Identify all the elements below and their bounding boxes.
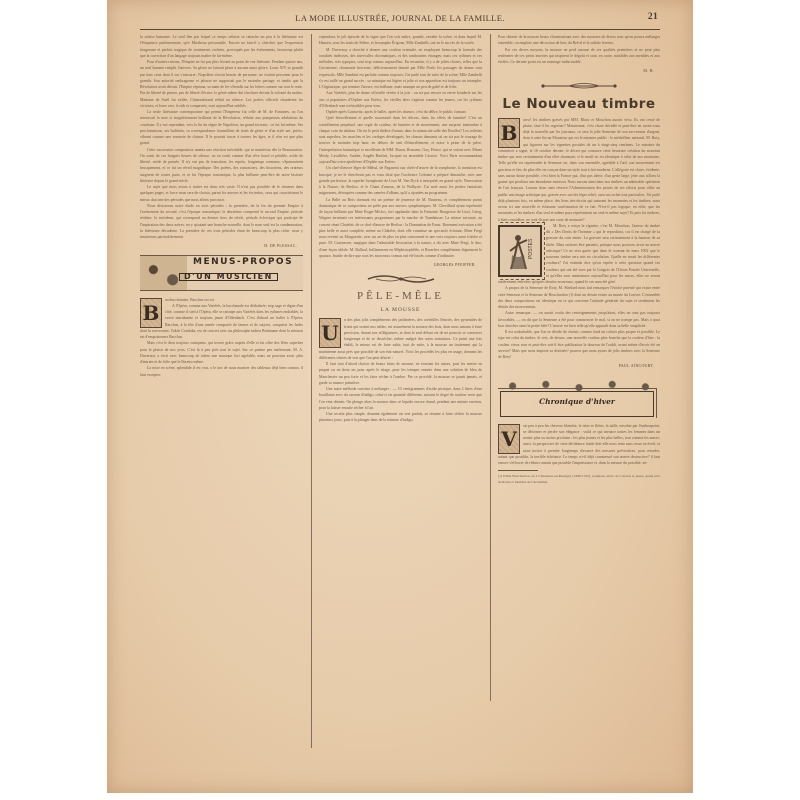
article-signature: H. DE PLESSAC.: [140, 243, 297, 249]
paragraph: Il est souhaitable, que l'on se décide d…: [498, 329, 660, 360]
literature-article: la sottise humaine. Le seul lien par leq…: [140, 34, 303, 250]
paragraph: Un chef-d'œuvre léger de Méhul, de Pagan…: [319, 165, 482, 196]
journal-title: LA MODE ILLUSTRÉE, JOURNAL DE LA FAMILLE…: [139, 13, 661, 23]
running-header: LA MODE ILLUSTRÉE, JOURNAL DE LA FAMILLE…: [139, 13, 661, 27]
header-rule: [140, 29, 660, 30]
dropcap-b: B: [498, 118, 520, 148]
ornament-divider-icon: [539, 81, 619, 91]
column-divider: [490, 34, 491, 701]
page-number: 21: [648, 12, 658, 22]
article-signature: GEORGES PFEIFFER.: [319, 262, 476, 268]
semeuse-stamp-image: POSTES: [498, 225, 542, 277]
svg-text:POSTES: POSTES: [528, 238, 534, 259]
column-3: Pour obtenir de la mousse bruns s'harmon…: [498, 34, 660, 694]
column-2: cependant, le joli épisode de la vigne q…: [319, 34, 482, 741]
article-signature: M. H.: [498, 68, 654, 74]
paragraph: Par ces divers moyens, la mousse ne perd…: [498, 47, 660, 66]
paragraph: Il faut tout d'abord choisir de beaux br…: [319, 361, 482, 386]
paragraph: Pour obtenir de la mousse bruns s'harmon…: [498, 34, 660, 47]
paragraph: M. Duvernoy a cherché à donner une coule…: [319, 47, 482, 91]
paragraph: cependant, le joli épisode de la vigne q…: [319, 34, 482, 47]
paragraph: n des plus jolis compléments des jardini…: [319, 317, 482, 361]
menus-propos-article: B acchus domine, Bacchus est roi. A l'Op…: [140, 297, 303, 378]
paragraph: Aux Variétés, plus de danse officielle s…: [319, 90, 482, 109]
nouveau-timbre-heading: Le Nouveau timbre: [498, 95, 660, 113]
newspaper-page: LA MODE ILLUSTRÉE, JOURNAL DE LA FAMILLE…: [107, 0, 693, 793]
paragraph: La seule littérature contemporaine qui p…: [140, 109, 303, 147]
menus-propos-banner: MENUS-PROPOS D'UN MUSICIEN: [140, 255, 303, 291]
paragraph: A propos de la Semeuse de Roty, M. Sthel…: [498, 285, 660, 310]
paragraph: Une recette plus simple, donnant égaleme…: [319, 411, 482, 424]
paragraph: A l'Opéra, comme aux Variétés, la baccha…: [140, 303, 303, 341]
dropcap-b: B: [140, 298, 162, 328]
column-divider: [311, 34, 312, 748]
paragraph: Pour d'autres raisons, l'Empire ne fut p…: [140, 59, 303, 109]
dropcap-v: V: [498, 424, 520, 454]
ornament-divider-icon: [366, 274, 436, 284]
paragraph: Mais c'est le dieu toujours vainqueur, q…: [140, 340, 303, 365]
paragraph: ravo! les timbres gravés par MM. Blanc e…: [498, 117, 660, 223]
pele-mele-heading: PÊLE-MÊLE: [319, 288, 482, 304]
paragraph: Nous diviserons notre étude en trois pér…: [140, 203, 303, 241]
sower-figure-icon: POSTES: [502, 229, 538, 273]
chronique-frame: Chronique d'hiver: [500, 391, 654, 417]
paragraph: Le sujet que nous avons à traiter est do…: [140, 184, 303, 203]
footnote-rule: [498, 470, 538, 471]
paragraph: la sottise humaine. Le seul lien par leq…: [140, 34, 303, 59]
chronique-banner: Chronique d'hiver: [498, 378, 660, 418]
paragraph: Autre remarque. — on aurait voulu des re…: [498, 310, 660, 329]
dropcap-u: U: [319, 318, 341, 348]
la-mousse-subheading: LA MOUSSE: [319, 306, 482, 315]
column-1: la sottise humaine. Le seul lien par leq…: [140, 34, 303, 742]
paragraph: Cette succession compromise amena une ré…: [140, 147, 303, 185]
paragraph: oir peu à peu les cheveux blanchir, le t…: [498, 423, 660, 467]
paragraph: Une autre méthode consiste à mélanger : …: [319, 386, 482, 411]
paragraph: La mise en scène, splendide il est vrai,…: [140, 365, 303, 378]
paragraph: La Belle au Bois dormant est un poème de…: [319, 197, 482, 260]
footnote: (1) Edme Bouchardon, né à Chaumont-en-Ba…: [498, 474, 660, 485]
chronique-heading: Chronique d'hiver: [501, 399, 653, 405]
banner-line-1: MENUS-PROPOS: [193, 259, 293, 265]
paragraph: Quel étincellement et quelle nouveauté d…: [319, 115, 482, 165]
banner-line-2: D'UN MUSICIEN: [179, 273, 278, 281]
article-signature: PAUL AINCOURT.: [498, 363, 654, 369]
